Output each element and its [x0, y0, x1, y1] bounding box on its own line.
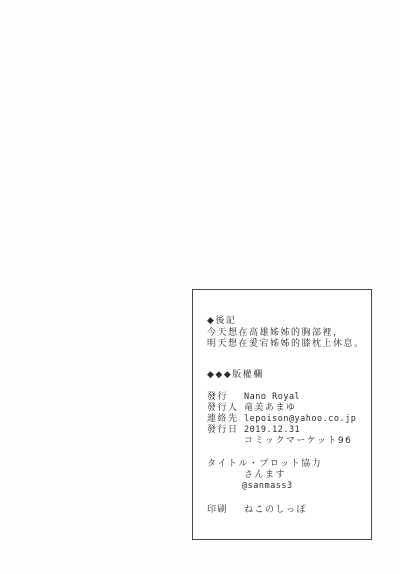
credits-twitter-handle: @sanmass3: [242, 481, 365, 492]
colophon-heading: ◆◆◆版權欄: [207, 370, 365, 381]
print-row: 印刷 ねこのしっぽ: [207, 505, 365, 516]
colophon-row-author: 發行人 竜美あまゆ: [207, 403, 365, 414]
event-name: コミックマーケット96: [244, 436, 365, 447]
date-value: 2019.12.31: [244, 425, 300, 436]
contact-label: 連絡先: [207, 414, 244, 425]
author-label: 發行人: [207, 403, 244, 414]
contact-email: lepoison@yahoo.co.jp: [244, 414, 356, 425]
colophon-row-date: 發行日 2019.12.31: [207, 425, 365, 436]
publisher-label: 發行: [207, 392, 244, 403]
credits-section: タイトル・プロット協力 さんます @sanmass3: [207, 459, 365, 492]
print-value: ねこのしっぽ: [244, 505, 307, 516]
credits-name: さんます: [244, 470, 365, 481]
colophon-rows: 發行 Nano Royal 發行人 竜美あまゆ 連絡先 lepoison@yah…: [207, 392, 365, 447]
colophon-row-publisher: 發行 Nano Royal: [207, 392, 365, 403]
afterword-line-2: 明天想在愛宕姊姊的膝枕上休息。: [207, 339, 365, 350]
print-label: 印刷: [207, 505, 244, 516]
scanned-page: ◆後記 今天想在高雄姊姊的胸部裡， 明天想在愛宕姊姊的膝枕上休息。 ◆◆◆版權欄…: [0, 0, 400, 574]
date-label: 發行日: [207, 425, 244, 436]
publisher-value: Nano Royal: [244, 392, 300, 403]
afterword-line-1: 今天想在高雄姊姊的胸部裡，: [207, 328, 365, 339]
colophon-box: ◆後記 今天想在高雄姊姊的胸部裡， 明天想在愛宕姊姊的膝枕上休息。 ◆◆◆版權欄…: [192, 289, 372, 540]
author-value: 竜美あまゆ: [244, 403, 297, 414]
afterword-heading: ◆後記: [207, 316, 365, 327]
credits-heading: タイトル・プロット協力: [207, 459, 365, 470]
colophon-row-contact: 連絡先 lepoison@yahoo.co.jp: [207, 414, 365, 425]
afterword-section: ◆後記 今天想在高雄姊姊的胸部裡， 明天想在愛宕姊姊的膝枕上休息。: [207, 316, 365, 350]
